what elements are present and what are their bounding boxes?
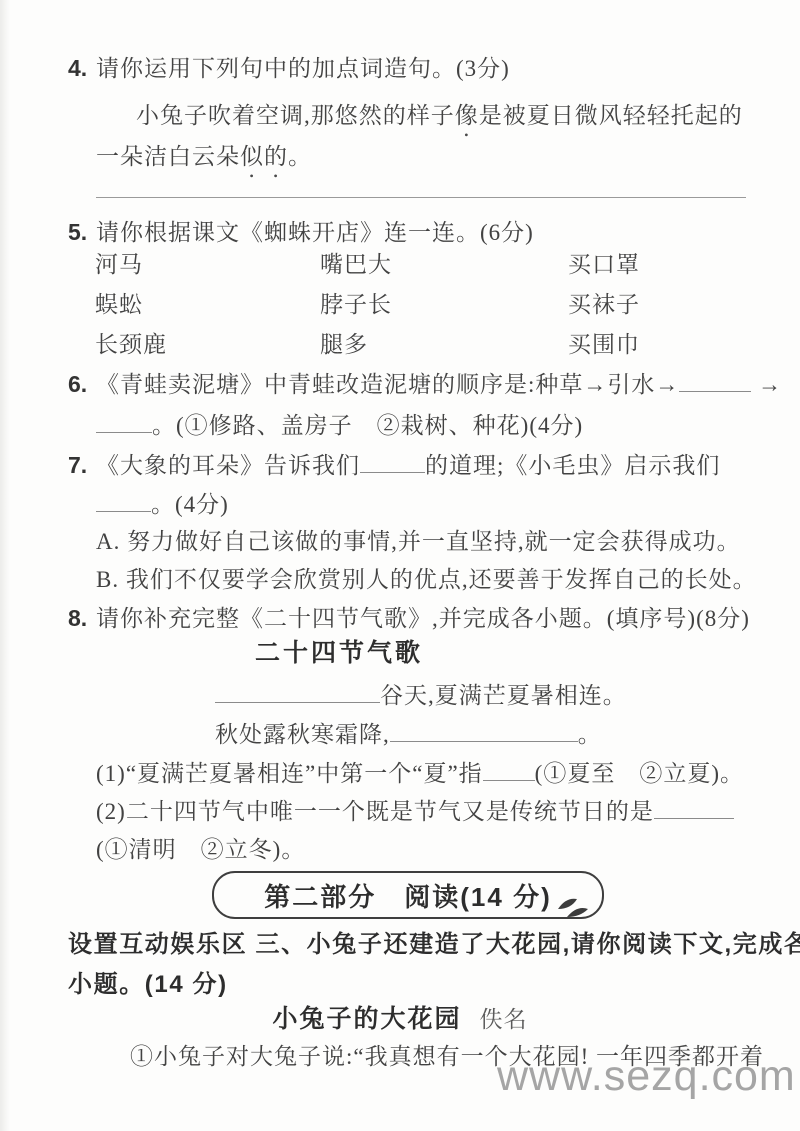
question-8-sub2-line1: (2)二十四节气中唯一一个既是节气又是传统节日的是: [96, 795, 734, 828]
section-2-intro-line2: 小题。(14 分): [68, 969, 228, 1001]
question-4-quote-line2: 一朵洁白云朵似的。: [96, 141, 312, 183]
fill-blank: [654, 795, 734, 819]
matching-exercise: 河马 嘴巴大 买口罩 蜈蚣 脖子长 买袜子 长颈鹿 腿多 买围巾: [95, 253, 640, 356]
emphasized-word: 像: [455, 103, 479, 128]
question-7-text: 《大象的耳朵》告诉我们: [96, 453, 360, 478]
match-feature: 腿多: [320, 333, 568, 356]
match-purchase: 买袜子: [568, 293, 640, 316]
match-animal: 河马: [95, 253, 320, 276]
fill-blank: [360, 449, 425, 473]
question-7-option-b: B. 我们不仅要学会欣赏别人的优点,还要善于发挥自己的长处。: [96, 564, 757, 596]
match-purchase: 买围巾: [568, 333, 640, 356]
fill-blank: [390, 718, 578, 742]
question-8-sub1: (1)“夏满芒夏暑相连”中第一个“夏”指(①夏至 ②立夏)。: [96, 757, 744, 790]
match-feature: 嘴巴大: [320, 253, 568, 276]
poem-line-1: 谷天,夏满芒夏暑相连。: [215, 679, 627, 712]
question-4-prompt: 请你运用下列句中的加点词造句。(3分): [96, 56, 510, 81]
question-6-options: 。(①修路、盖房子 ②栽树、种花)(4分): [152, 413, 583, 438]
question-4-quote-line1: 小兔子吹着空调,那悠然的样子像是被夏日微风轻轻托起的: [136, 100, 743, 142]
question-6-line2: 。(①修路、盖房子 ②栽树、种花)(4分): [96, 409, 583, 442]
question-5-number: 5.: [68, 216, 96, 248]
question-5-heading: 5.请你根据课文《蜘蛛开店》连一连。(6分): [68, 216, 534, 249]
emphasized-word: 似的: [240, 144, 288, 169]
match-animal: 蜈蚣: [95, 293, 320, 316]
sub2-text: (2)二十四节气中唯一一个既是节气又是传统节日的是: [96, 799, 654, 824]
answer-line: [96, 197, 746, 198]
section-2-intro-line1: 设置互动娱乐区 三、小兔子还建造了大花园,请你阅读下文,完成各: [68, 929, 800, 961]
poem-line-2: 秋处露秋寒霜降,。: [215, 718, 602, 751]
fill-blank: [679, 368, 751, 392]
question-7-number: 7.: [68, 449, 96, 481]
fill-blank: [96, 488, 151, 512]
question-7-option-a: A. 努力做好自己该做的事情,并一直坚持,就一定会获得成功。: [96, 526, 741, 558]
section-2-title: 第二部分 阅读(14 分): [264, 877, 551, 914]
poem-title: 二十四节气歌: [255, 637, 423, 669]
poem-text: 。: [578, 722, 602, 747]
question-6-number: 6.: [68, 368, 96, 400]
question-6-text: 《青蛙卖泥塘》中青蛙改造泥塘的顺序是:种草→引水→: [96, 372, 679, 397]
sub1-options: (①夏至 ②立夏)。: [535, 761, 744, 786]
quote-text: 。: [288, 144, 312, 169]
quote-text: 是被夏日微风轻轻托起的: [479, 103, 743, 128]
fill-blank: [215, 679, 380, 703]
reading-passage-author: 佚名: [480, 1007, 528, 1032]
question-7-text: 的道理;《小毛虫》启示我们: [425, 453, 720, 478]
sub1-text: (1)“夏满芒夏暑相连”中第一个“夏”指: [96, 761, 483, 786]
question-6-line1: 6.《青蛙卖泥塘》中青蛙改造泥塘的顺序是:种草→引水→ →: [68, 368, 782, 401]
question-4-number: 4.: [68, 52, 96, 84]
question-8-sub2-line2: (①清明 ②立冬)。: [96, 834, 305, 866]
question-7-points: 。(4分): [151, 492, 229, 517]
question-7-line1: 7.《大象的耳朵》告诉我们的道理;《小毛虫》启示我们: [68, 449, 720, 482]
question-8-prompt: 请你补充完整《二十四节气歌》,并完成各小题。(填序号)(8分): [96, 606, 750, 631]
quote-text: 一朵洁白云朵: [96, 144, 240, 169]
poem-text: 谷天,夏满芒夏暑相连。: [380, 683, 627, 708]
match-feature: 脖子长: [320, 293, 568, 316]
section-2-header-box: 第二部分 阅读(14 分): [212, 871, 604, 919]
poem-text: 秋处露秋寒霜降,: [215, 722, 390, 747]
fill-blank: [483, 757, 535, 781]
question-4-heading: 4.请你运用下列句中的加点词造句。(3分): [68, 52, 510, 85]
match-animal: 长颈鹿: [95, 333, 320, 356]
watermark: www.sezq.com: [497, 1052, 796, 1101]
match-purchase: 买口罩: [568, 253, 640, 276]
fill-blank: [96, 409, 152, 433]
reading-passage-title: 小兔子的大花园: [272, 1005, 461, 1033]
question-7-line2: 。(4分): [96, 488, 229, 521]
worksheet-page: 4.请你运用下列句中的加点词造句。(3分) 小兔子吹着空调,那悠然的样子像是被夏…: [0, 0, 800, 1131]
quote-text: 小兔子吹着空调,那悠然的样子: [136, 103, 455, 128]
question-8-number: 8.: [68, 602, 96, 634]
question-6-arrow: →: [758, 372, 782, 397]
leaf-icon: [554, 896, 590, 925]
reading-passage-title-row: 小兔子的大花园佚名: [0, 1003, 800, 1036]
question-8-heading: 8.请你补充完整《二十四节气歌》,并完成各小题。(填序号)(8分): [68, 602, 750, 635]
question-5-prompt: 请你根据课文《蜘蛛开店》连一连。(6分): [96, 220, 534, 245]
